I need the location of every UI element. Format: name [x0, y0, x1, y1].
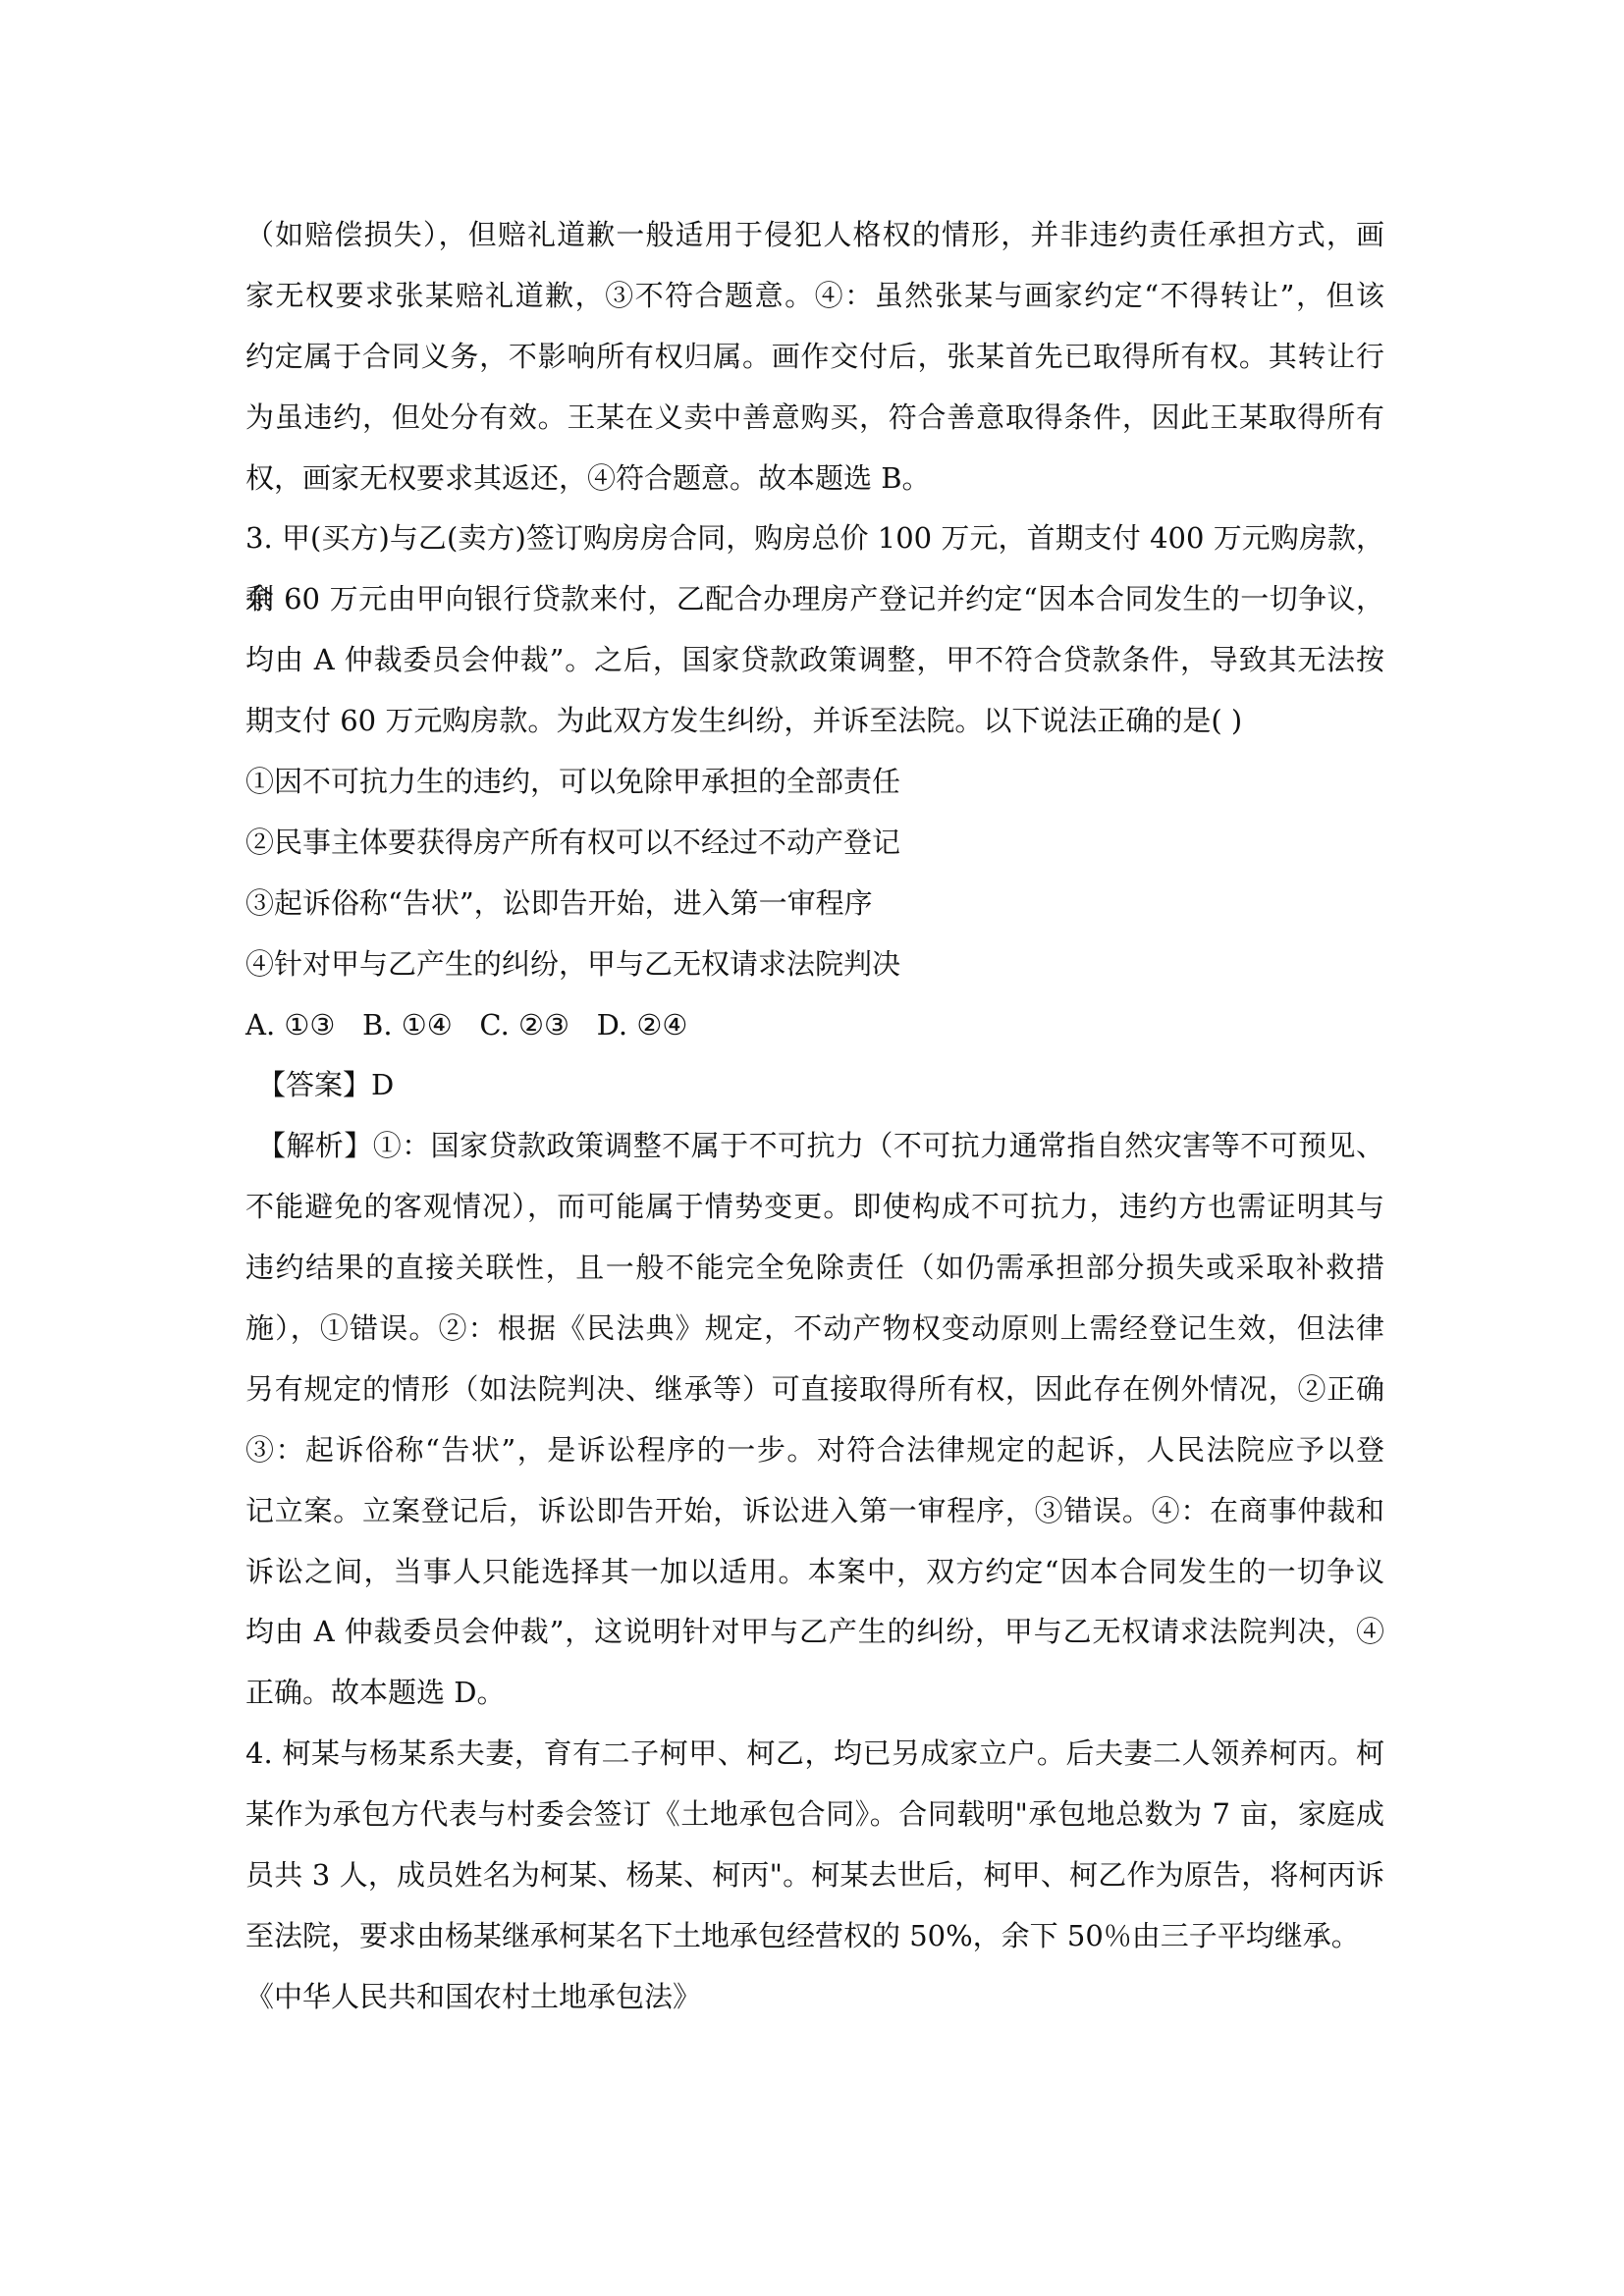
question-stem-line: 3. 甲(买方)与乙(卖方)签订购房房合同，购房总价 100 万元，首期支付 4…	[245, 508, 1384, 569]
question-stem-line: 4. 柯某与杨某系夫妻，育有二子柯甲、柯乙，均已另成家立户。后夫妻二人领养柯丙。…	[245, 1724, 1384, 1785]
statement-1: ①因不可抗力生的违约，可以免除甲承担的全部责任	[245, 752, 1384, 813]
statement-2: ②民事主体要获得房产所有权可以不经过不动产登记	[245, 813, 1384, 874]
previous-analysis: （如赔偿损失），但赔礼道歉一般适用于侵犯人格权的情形，并非违约责任承担方式，画 …	[245, 205, 1384, 508]
analysis-line: ③：起诉俗称“告状”，是诉讼程序的一步。对符合法律规定的起诉，人民法院应予以登	[245, 1420, 1384, 1481]
document-page: （如赔偿损失），但赔礼道歉一般适用于侵犯人格权的情形，并非违约责任承担方式，画 …	[245, 205, 1384, 2028]
answer-options: A. ①③ B. ①④ C. ②③ D. ②④	[245, 995, 1384, 1056]
text-line: 权，画家无权要求其返还，④符合题意。故本题选 B。	[245, 449, 1384, 509]
text-line: 约定属于合同义务，不影响所有权归属。画作交付后，张某首先已取得所有权。其转让行	[245, 327, 1384, 388]
question-3: 3. 甲(买方)与乙(卖方)签订购房房合同，购房总价 100 万元，首期支付 4…	[245, 508, 1384, 1724]
text-line: 为虽违约，但处分有效。王某在义卖中善意购买，符合善意取得条件，因此王某取得所有	[245, 388, 1384, 449]
law-title: 《中华人民共和国农村土地承包法》	[245, 1967, 1384, 2028]
analysis-line: 另有规定的情形（如法院判决、继承等）可直接取得所有权，因此存在例外情况，②正确	[245, 1360, 1384, 1420]
question-4: 4. 柯某与杨某系夫妻，育有二子柯甲、柯乙，均已另成家立户。后夫妻二人领养柯丙。…	[245, 1724, 1384, 2027]
statement-3: ③起诉俗称“告状”，讼即告开始，进入第一审程序	[245, 874, 1384, 934]
question-stem-line: 均由 A 仲裁委员会仲裁”。之后，国家贷款政策调整，甲不符合贷款条件，导致其无法…	[245, 630, 1384, 691]
analysis-line: 诉讼之间，当事人只能选择其一加以适用。本案中，双方约定“因本合同发生的一切争议	[245, 1542, 1384, 1603]
question-stem-line: 某作为承包方代表与村委会签订《土地承包合同》。合同载明"承包地总数为 7 亩，家…	[245, 1785, 1384, 1845]
question-stem-line: 至法院，要求由杨某继承柯某名下土地承包经营权的 50%，余下 50％由三子平均继…	[245, 1906, 1384, 1967]
text-line: （如赔偿损失），但赔礼道歉一般适用于侵犯人格权的情形，并非违约责任承担方式，画	[245, 205, 1384, 266]
answer-label: 【答案】D	[245, 1055, 1384, 1116]
question-stem-line: 余 60 万元由甲向银行贷款来付，乙配合办理房产登记并约定“因本合同发生的一切争…	[245, 569, 1384, 630]
analysis-line: 均由 A 仲裁委员会仲裁”，这说明针对甲与乙产生的纠纷，甲与乙无权请求法院判决，…	[245, 1602, 1384, 1663]
statement-4: ④针对甲与乙产生的纠纷，甲与乙无权请求法院判决	[245, 934, 1384, 995]
analysis-line: 违约结果的直接关联性，且一般不能完全免除责任（如仍需承担部分损失或采取补救措	[245, 1238, 1384, 1299]
analysis-line: 不能避免的客观情况），而可能属于情势变更。即使构成不可抗力，违约方也需证明其与	[245, 1177, 1384, 1238]
text-line: 家无权要求张某赔礼道歉，③不符合题意。④：虽然张某与画家约定“不得转让”，但该	[245, 266, 1384, 327]
question-stem-line: 员共 3 人，成员姓名为柯某、杨某、柯丙"。柯某去世后，柯甲、柯乙作为原告，将柯…	[245, 1845, 1384, 1906]
question-stem-line: 期支付 60 万元购房款。为此双方发生纠纷，并诉至法院。以下说法正确的是( )	[245, 691, 1384, 752]
analysis-line: 正确。故本题选 D。	[245, 1663, 1384, 1724]
analysis-line: 记立案。立案登记后，诉讼即告开始，诉讼进入第一审程序，③错误。④：在商事仲裁和	[245, 1481, 1384, 1542]
analysis-line: 施），①错误。②：根据《民法典》规定，不动产物权变动原则上需经登记生效，但法律	[245, 1299, 1384, 1360]
analysis-line: 【解析】①：国家贷款政策调整不属于不可抗力（不可抗力通常指自然灾害等不可预见、	[245, 1116, 1384, 1177]
